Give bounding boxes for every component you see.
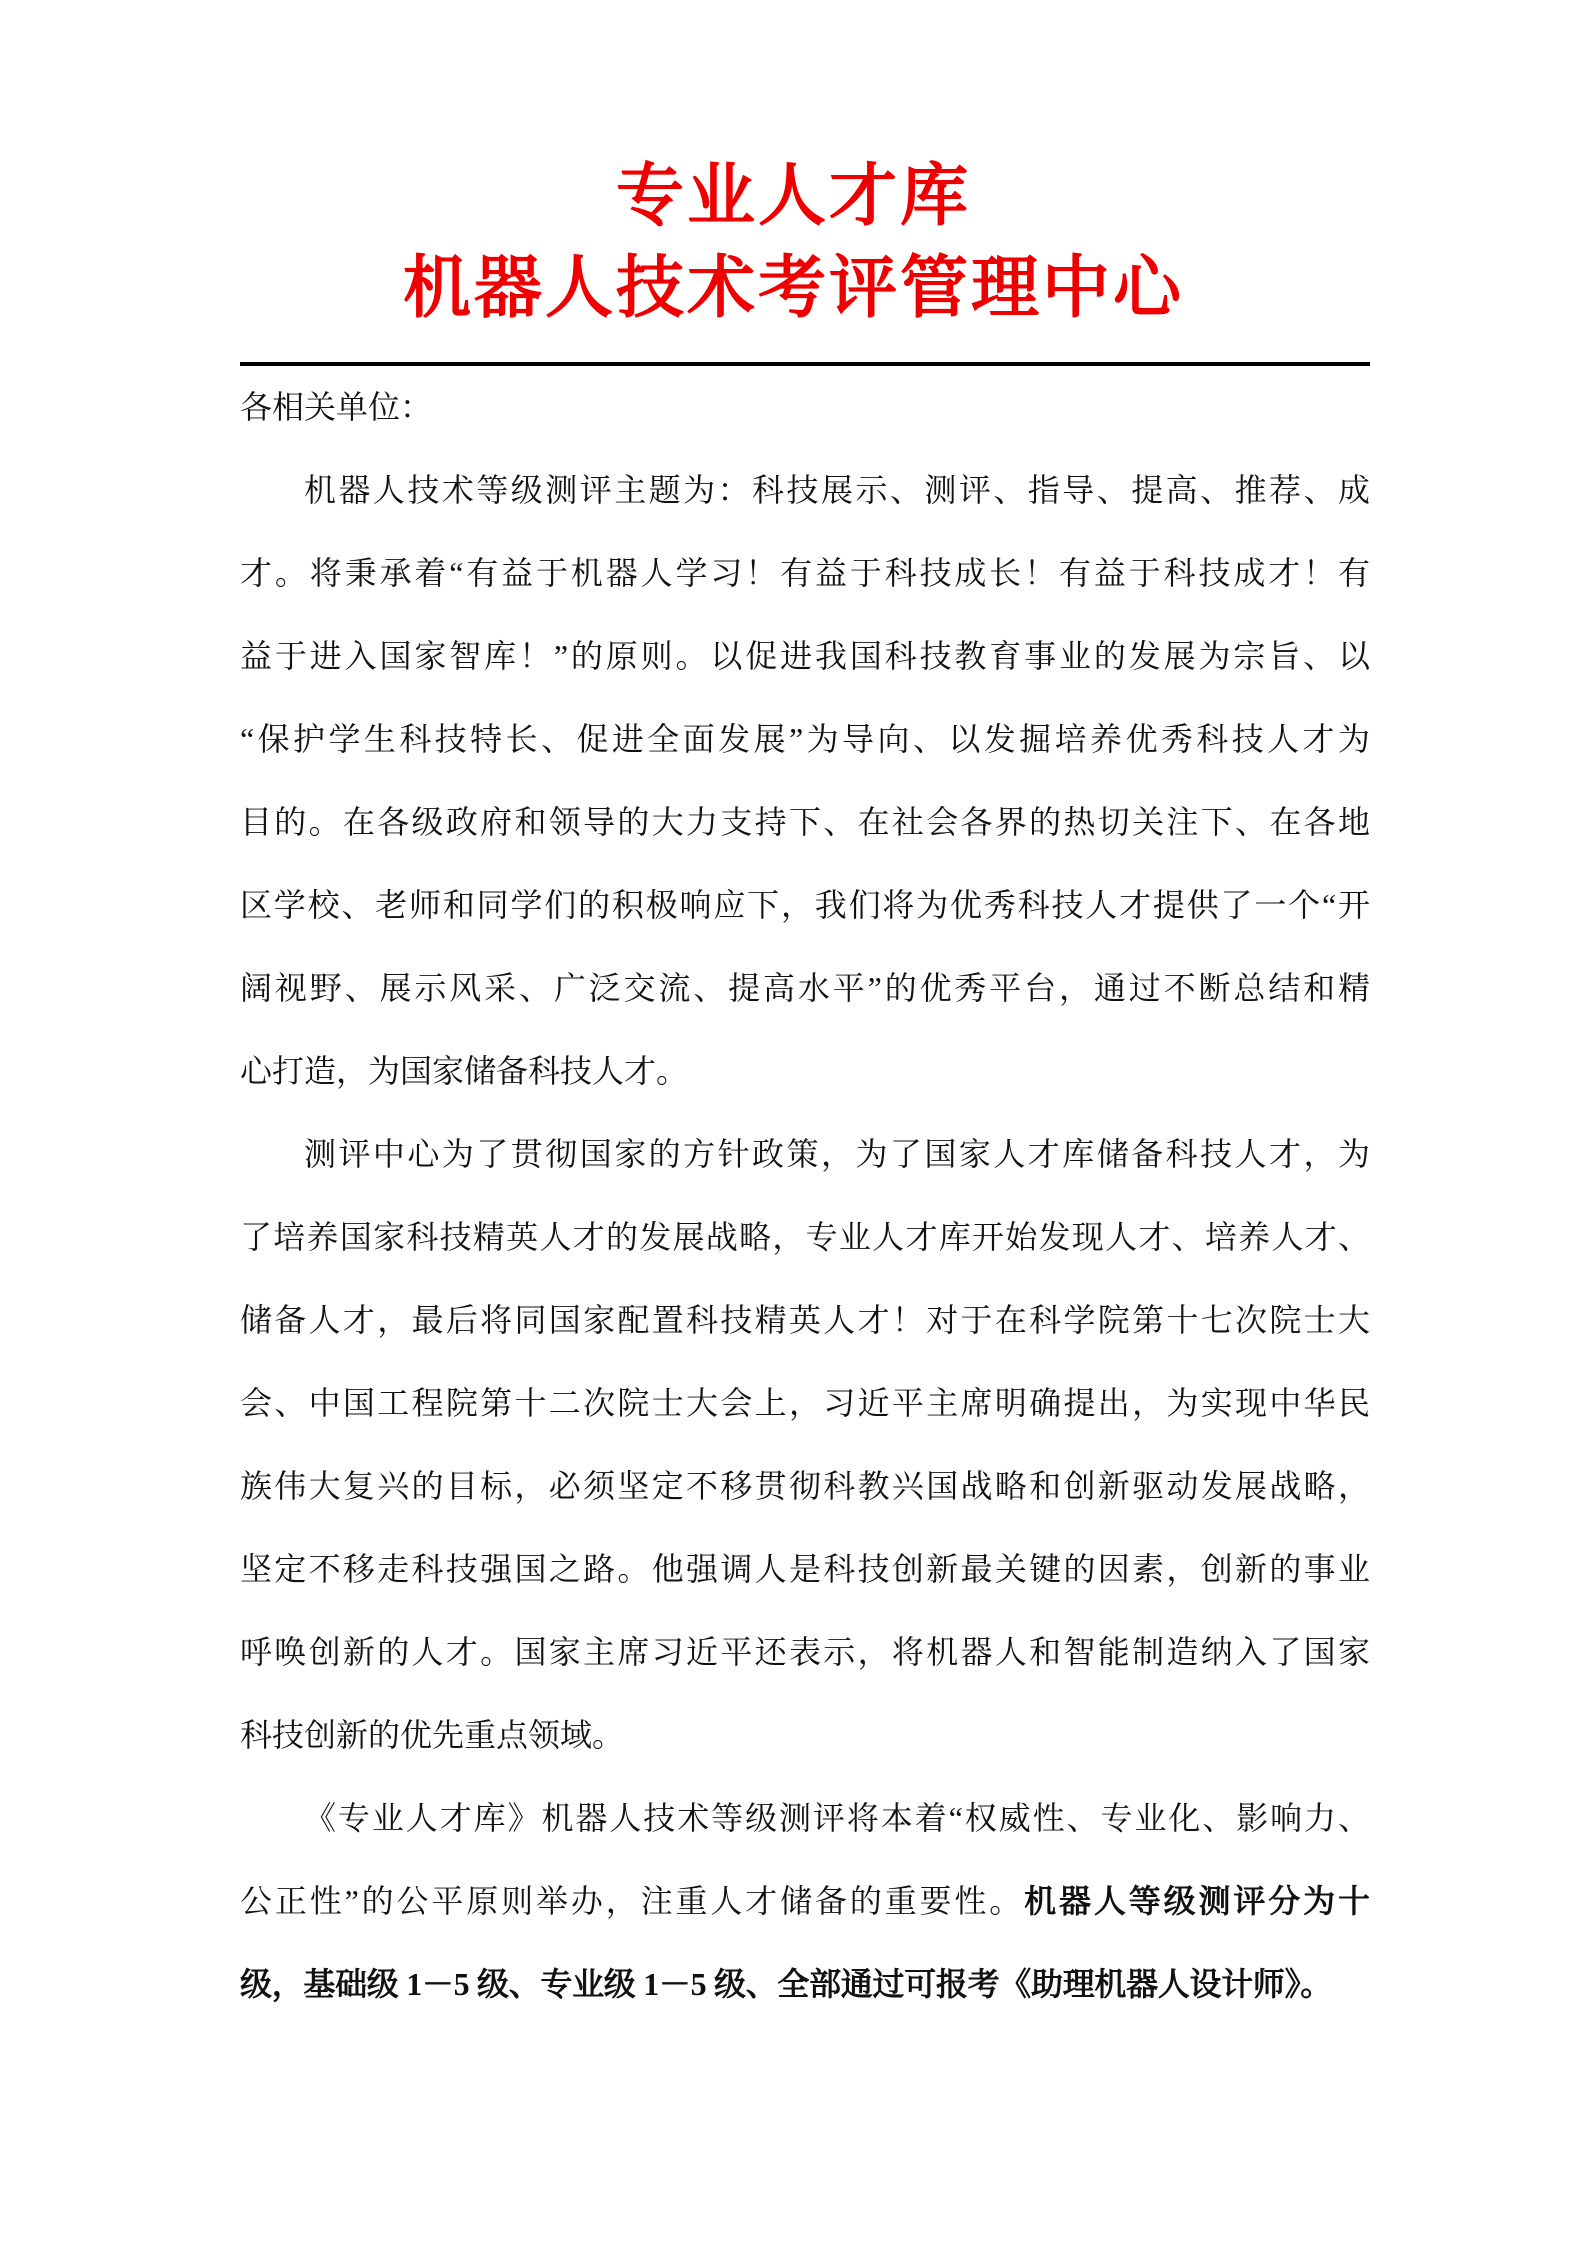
para1-line1: 机器人技术等级测评主题为：科技展示、测评、指导、提高、推荐、成 xyxy=(240,449,1370,532)
document-title: 专业人才库 机器人技术考评管理中心 xyxy=(0,0,1587,334)
title-line-1: 专业人才库 xyxy=(0,150,1587,242)
para1-line2: 才。将秉承着“有益于机器人学习！有益于科技成长！有益于科技成才！有 xyxy=(240,532,1370,615)
para2-line5: 族伟大复兴的目标，必须坚定不移贯彻科教兴国战略和创新驱动发展战略， xyxy=(240,1445,1370,1528)
para1-line5: 目的。在各级政府和领导的大力支持下、在社会各界的热切关注下、在各地 xyxy=(240,781,1370,864)
para3-line2-normal: 公正性”的公平原则举办，注重人才储备的重要性。 xyxy=(240,1883,1024,1919)
salutation: 各相关单位： xyxy=(240,366,1370,449)
para3-line1: 《专业人才库》机器人技术等级测评将本着“权威性、专业化、影响力、 xyxy=(240,1777,1370,1860)
para2-line7: 呼唤创新的人才。国家主席习近平还表示，将机器人和智能制造纳入了国家 xyxy=(240,1611,1370,1694)
document-page: 专业人才库 机器人技术考评管理中心 各相关单位： 机器人技术等级测评主题为：科技… xyxy=(0,0,1587,2245)
para2-line1: 测评中心为了贯彻国家的方针政策，为了国家人才库储备科技人才，为 xyxy=(240,1113,1370,1196)
para2-line2: 了培养国家科技精英人才的发展战略，专业人才库开始发现人才、培养人才、 xyxy=(240,1196,1370,1279)
para1-line4: “保护学生科技特长、促进全面发展”为导向、以发掘培养优秀科技人才为 xyxy=(240,698,1370,781)
para1-line3: 益于进入国家智库！”的原则。以促进我国科技教育事业的发展为宗旨、以 xyxy=(240,615,1370,698)
document-body: 各相关单位： 机器人技术等级测评主题为：科技展示、测评、指导、提高、推荐、成 才… xyxy=(240,366,1370,2026)
para2-line4: 会、中国工程院第十二次院士大会上，习近平主席明确提出，为实现中华民 xyxy=(240,1362,1370,1445)
para3-line3: 级，基础级 1－5 级、专业级 1－5 级、全部通过可报考《助理机器人设计师》。 xyxy=(240,1943,1370,2026)
para3-line2: 公正性”的公平原则举办，注重人才储备的重要性。机器人等级测评分为十 xyxy=(240,1860,1370,1943)
title-line-2: 机器人技术考评管理中心 xyxy=(0,242,1587,334)
para2-line6: 坚定不移走科技强国之路。他强调人是科技创新最关键的因素，创新的事业 xyxy=(240,1528,1370,1611)
para2-line3: 储备人才，最后将同国家配置科技精英人才！对于在科学院第十七次院士大 xyxy=(240,1279,1370,1362)
para1-line8: 心打造，为国家储备科技人才。 xyxy=(240,1030,1370,1113)
para3-line2-bold: 机器人等级测评分为十 xyxy=(1024,1883,1370,1919)
para1-line6: 区学校、老师和同学们的积极响应下，我们将为优秀科技人才提供了一个“开 xyxy=(240,864,1370,947)
para2-line8: 科技创新的优先重点领域。 xyxy=(240,1694,1370,1777)
para1-line7: 阔视野、展示风采、广泛交流、提高水平”的优秀平台，通过不断总结和精 xyxy=(240,947,1370,1030)
